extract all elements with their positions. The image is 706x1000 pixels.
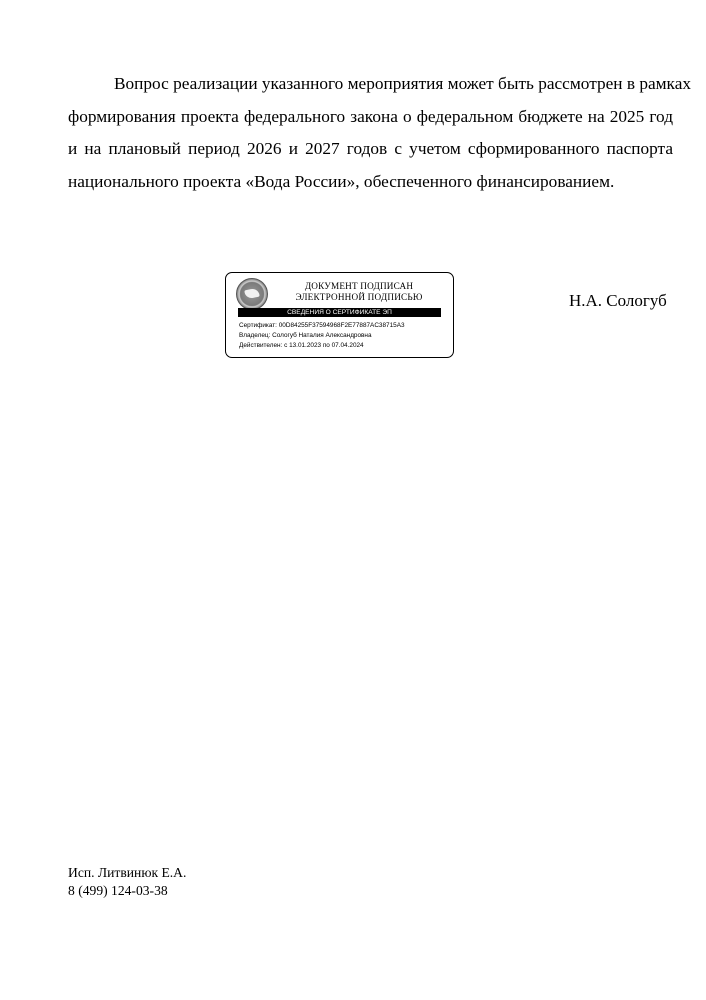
- certificate-owner: Владелец: Сологуб Наталия Александровна: [239, 331, 405, 341]
- executor-name: Исп. Литвинюк Е.А.: [68, 864, 186, 882]
- stamp-title: ДОКУМЕНТ ПОДПИСАН ЭЛЕКТРОННОЙ ПОДПИСЬЮ: [274, 281, 444, 303]
- stamp-title-line: ЭЛЕКТРОННОЙ ПОДПИСЬЮ: [274, 292, 444, 303]
- executor-info: Исп. Литвинюк Е.А. 8 (499) 124-03-38: [68, 864, 186, 899]
- body-line: национального проекта «Вода России», обе…: [68, 166, 673, 199]
- body-line: Вопрос реализации указанного мероприятия…: [68, 68, 673, 101]
- signer-name: Н.А. Сологуб: [569, 291, 667, 311]
- certificate-validity: Действителен: с 13.01.2023 по 07.04.2024: [239, 341, 405, 351]
- certificate-info-bar: СВЕДЕНИЯ О СЕРТИФИКАТЕ ЭП: [238, 308, 441, 317]
- body-paragraph: Вопрос реализации указанного мероприятия…: [68, 68, 673, 198]
- certificate-number: Сертификат: 00D84255F37594968F2E77887AC3…: [239, 321, 405, 331]
- state-emblem-icon: [236, 278, 268, 310]
- certificate-details: Сертификат: 00D84255F37594968F2E77887AC3…: [239, 321, 405, 350]
- body-line: формирования проекта федерального закона…: [68, 101, 673, 134]
- stamp-title-line: ДОКУМЕНТ ПОДПИСАН: [274, 281, 444, 292]
- electronic-signature-stamp: ДОКУМЕНТ ПОДПИСАН ЭЛЕКТРОННОЙ ПОДПИСЬЮ С…: [225, 272, 454, 358]
- executor-phone: 8 (499) 124-03-38: [68, 882, 186, 900]
- body-line: и на плановый период 2026 и 2027 годов с…: [68, 133, 673, 166]
